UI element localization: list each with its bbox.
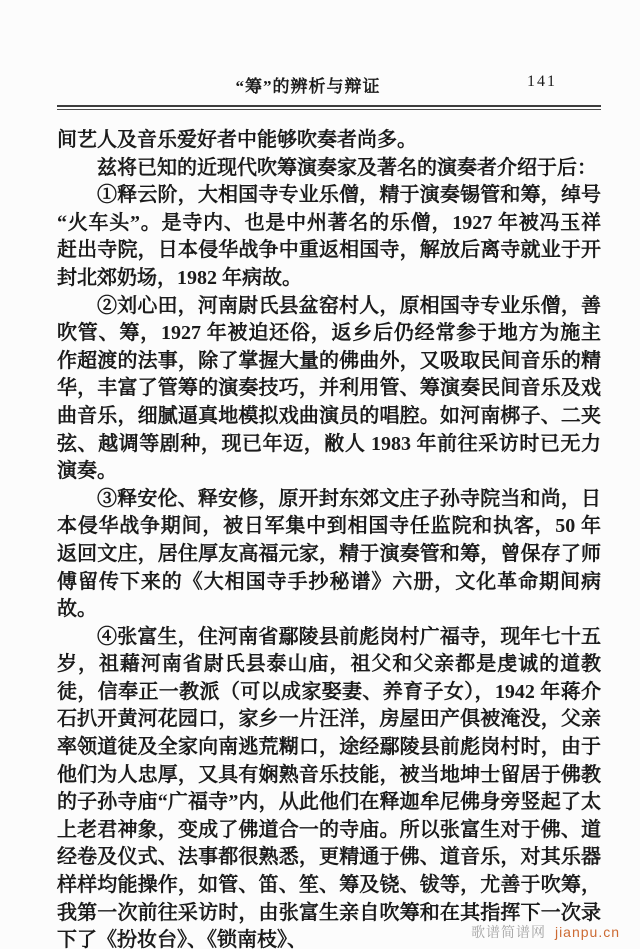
paragraph: ②刘心田，河南尉氏县盆窑村人，原相国寺专业乐僧，善吹管、筹，1927 年被迫还俗… xyxy=(57,293,601,486)
page-number: 141 xyxy=(527,73,557,91)
watermark: 歌谱简谱网 jianpu.cn xyxy=(471,922,620,942)
paragraph: 兹将已知的近现代吹筹演奏家及著名的演奏者介绍于后： xyxy=(57,155,601,183)
page-header: “筹”的辨析与辩证 141 xyxy=(0,72,640,96)
book-page: “筹”的辨析与辩证 141 间艺人及音乐爱好者中能够吹奏者尚多。兹将已知的近现代… xyxy=(0,0,640,949)
body-text: 间艺人及音乐爱好者中能够吹奏者尚多。兹将已知的近现代吹筹演奏家及著名的演奏者介绍… xyxy=(57,127,601,949)
paragraph: ④张富生，住河南省鄢陵县前彪岗村广福寺，现年七十五岁，祖藉河南省尉氏县泰山庙，祖… xyxy=(57,624,601,949)
paragraph: 间艺人及音乐爱好者中能够吹奏者尚多。 xyxy=(57,127,601,155)
paragraph: ①释云阶，大相国寺专业乐僧，精于演奏锡管和筹，绰号“火车头”。是寺内、也是中州著… xyxy=(57,182,601,292)
watermark-site-url: jianpu.cn xyxy=(555,924,620,940)
paragraph: ③释安伦、释安修，原开封东郊文庄子孙寺院当和尚，日本侵华战争期间，被日军集中到相… xyxy=(57,486,601,624)
watermark-site-name: 歌谱简谱网 xyxy=(471,924,546,940)
header-rule xyxy=(57,105,601,110)
